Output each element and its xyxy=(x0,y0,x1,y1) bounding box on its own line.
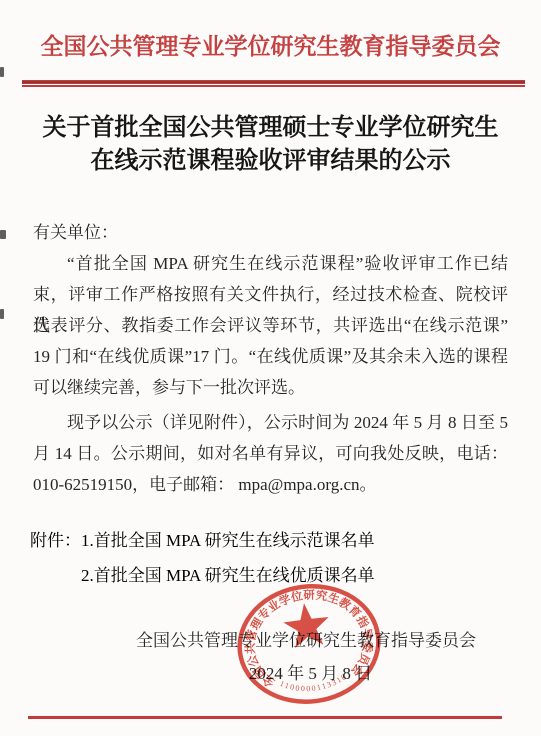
body-line: 束，评审工作严格按照有关文件执行，经过技术检查、院校评选 xyxy=(33,279,508,310)
official-seal: 全国公共管理专业学位研究生教育指导委员会 1100000113318 xyxy=(235,582,383,706)
attachment-item: 1.首批全国 MPA 研究生在线示范课名单 xyxy=(81,523,541,558)
scan-artifact xyxy=(0,230,6,239)
body-line: 现予以公示（详见附件），公示时间为 2024 年 5 月 8 日至 5 xyxy=(33,407,508,438)
seal-ring-text: 全国公共管理专业学位研究生教育指导委员会 xyxy=(236,582,379,693)
scan-artifact xyxy=(0,309,4,319)
body-line: 代表评分、教指委工作会评议等环节，共评选出“在线示范课” xyxy=(33,310,508,341)
body-line: 010-62519150，电子邮箱： mpa@mpa.org.cn。 xyxy=(33,469,508,500)
salutation: 有关单位： xyxy=(33,217,508,248)
header-rule-thick xyxy=(22,80,525,84)
body-line: 可以继续完善，参与下一批次评选。 xyxy=(33,372,508,403)
document-title: 关于首批全国公共管理硕士专业学位研究生 在线示范课程验收评审结果的公示 xyxy=(0,112,541,178)
document-page: 全国公共管理专业学位研究生教育指导委员会 关于首批全国公共管理硕士专业学位研究生… xyxy=(0,0,541,736)
body-line: “首批全国 MPA 研究生在线示范课程”验收评审工作已结 xyxy=(33,248,508,279)
header-rule-thin xyxy=(22,85,525,87)
body-line: 月 14 日。公示期间，如对名单有异议，可向我处反映，电话： xyxy=(33,438,508,469)
document-title-line2: 在线示范课程验收评审结果的公示 xyxy=(0,145,541,178)
seal-star-icon xyxy=(281,601,332,650)
document-body: 有关单位： “首批全国 MPA 研究生在线示范课程”验收评审工作已结束，评审工作… xyxy=(33,217,508,500)
header-rule xyxy=(22,80,525,87)
footer-rule xyxy=(28,716,502,719)
org-letterhead: 全国公共管理专业学位研究生教育指导委员会 xyxy=(0,0,541,62)
scan-artifact xyxy=(0,67,4,77)
body-lines: “首批全国 MPA 研究生在线示范课程”验收评审工作已结束，评审工作严格按照有关… xyxy=(33,248,508,500)
attachments-label: 附件： xyxy=(30,523,81,593)
document-title-line1: 关于首批全国公共管理硕士专业学位研究生 xyxy=(0,112,541,145)
body-line: 19 门和“在线优质课”17 门。“在线优质课”及其余未入选的课程 xyxy=(33,341,508,372)
